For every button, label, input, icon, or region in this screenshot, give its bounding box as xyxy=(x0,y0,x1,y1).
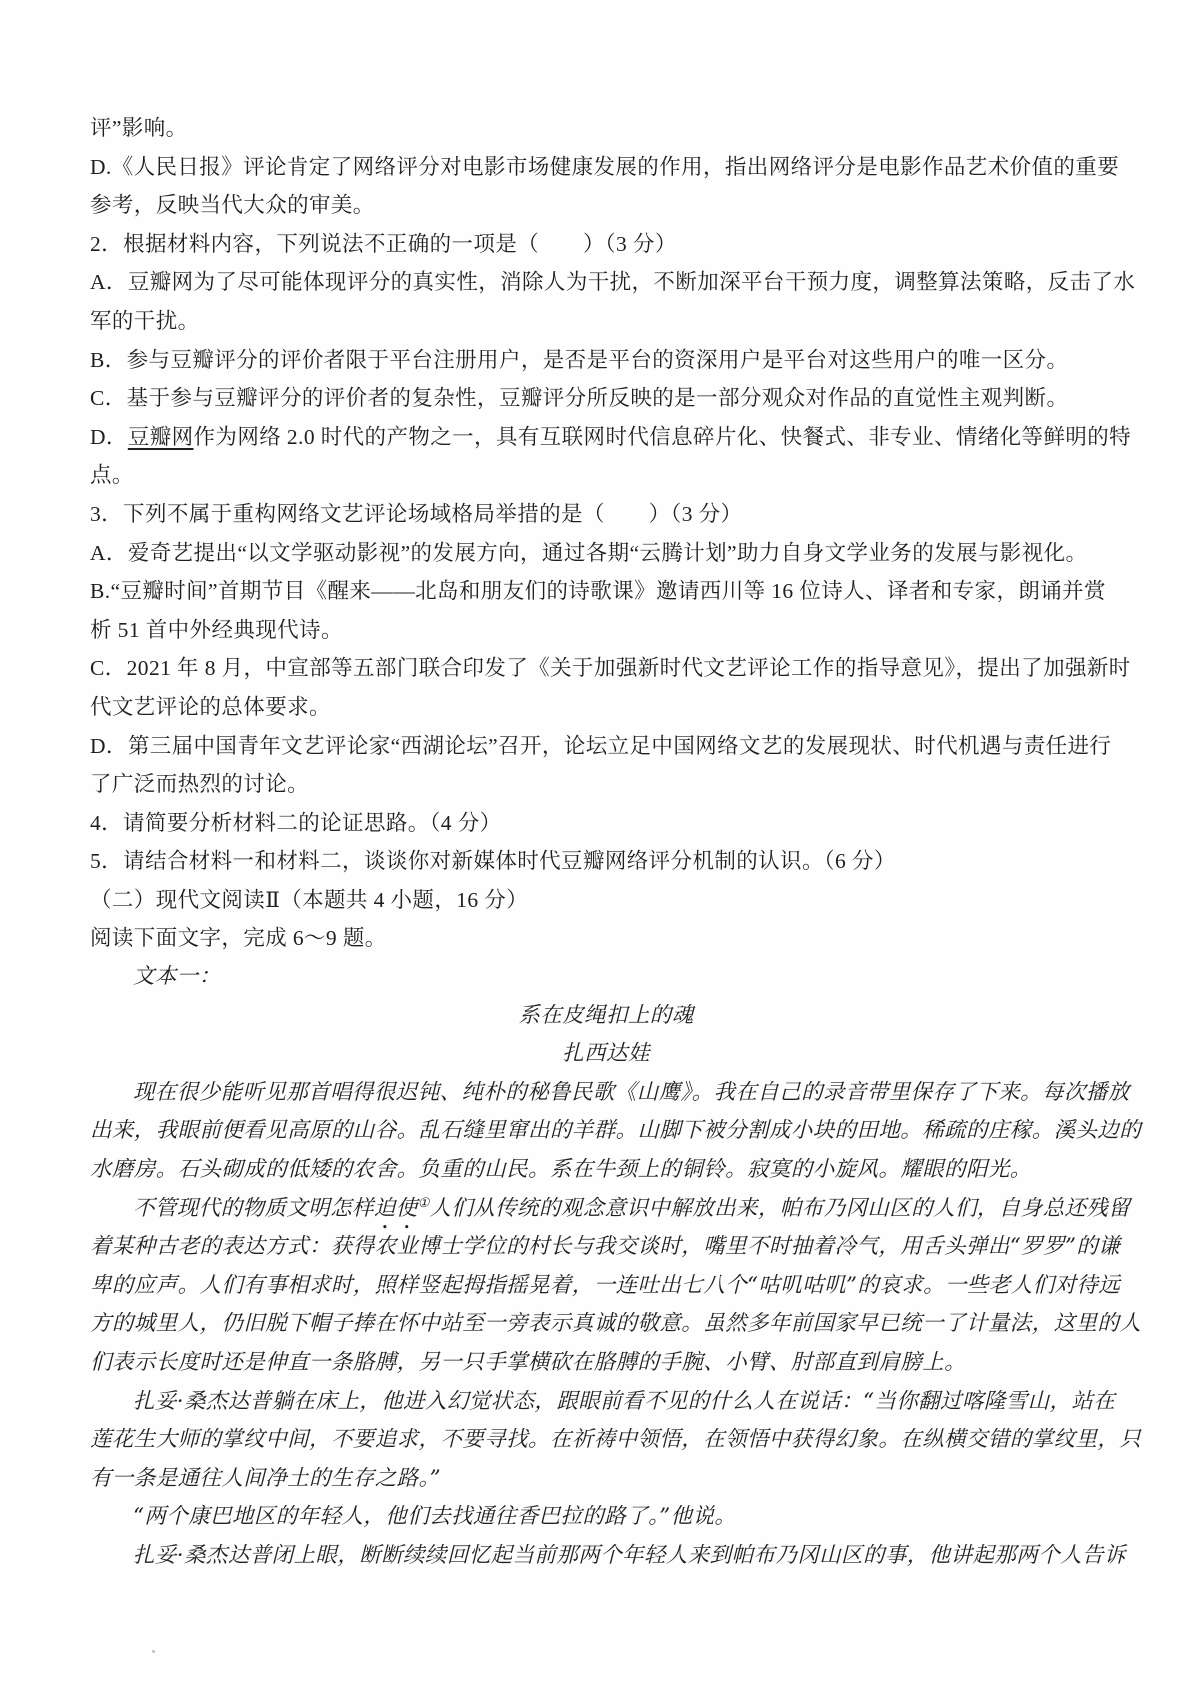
text-segment: 扎西达娃 xyxy=(562,1041,650,1066)
passage-line-6: 卑的应声。人们有事相求时，照样竖起拇指摇晃着，一连吐出七八个“咕叽咕叽”的哀求。… xyxy=(90,1267,1122,1306)
passage-title: 系在皮绳扣上的魂 xyxy=(90,997,1122,1036)
text-segment: 扎妥·桑杰达普躺在床上，他进入幻觉状态，跟眼前看不见的什么人在说话：“当你翻过喀… xyxy=(133,1389,1115,1414)
q3-option-d-line-1: D．第三届中国青年文艺评论家“西湖论坛”召开，论坛立足中国网络文艺的发展现状、时… xyxy=(90,727,1122,766)
q2-option-b: B．参与豆瓣评分的评价者限于平台注册用户，是否是平台的资深用户是平台对这些用户的… xyxy=(90,341,1122,380)
passage-line-12: “两个康巴地区的年轻人，他们去找通往香巴拉的路了。”他说。 xyxy=(90,1498,1122,1537)
passage-line-8: 们表示长度时还是伸直一条胳膊，另一只手掌横砍在胳膊的手腕、小臂、肘部直到肩膀上。 xyxy=(90,1344,1122,1383)
underlined-text: 豆瓣网 xyxy=(128,425,194,449)
scan-speck xyxy=(152,1650,155,1653)
text-segment: 评”影响。 xyxy=(90,116,188,140)
text-segment: 系在皮绳扣上的魂 xyxy=(518,1003,693,1028)
text-one-label: 文本一： xyxy=(90,958,1122,997)
q3-option-b-line-2: 析 51 首中外经典现代诗。 xyxy=(90,611,1122,650)
text-segment: （二）现代文阅读Ⅱ（本题共 4 小题，16 分） xyxy=(90,888,528,912)
text-segment: 代文艺评论的总体要求。 xyxy=(90,695,331,719)
q3-option-b-line-1: B.“豆瓣时间”首期节目《醒来——北岛和朋友们的诗歌课》邀请西川等 16 位诗人… xyxy=(90,572,1122,611)
passage-line-3: 水磨房。石头砌成的低矮的农舍。负重的山民。系在牛颈上的铜铃。寂寞的小旋风。耀眼的… xyxy=(90,1151,1122,1190)
reading-instruction: 阅读下面文字，完成 6～9 题。 xyxy=(90,919,1122,958)
text-segment: 现在很少能听见那首唱得很迟钝、纯朴的秘鲁民歌《山鹰》。我在自己的录音带里保存了下… xyxy=(133,1080,1130,1105)
q3-option-a: A．爱奇艺提出“以文学驱动影视”的发展方向，通过各期“云腾计划”助力自身文学业务… xyxy=(90,534,1122,573)
text-segment: C．基于参与豆瓣评分的评价者的复杂性，豆瓣评分所反映的是一部分观众对作品的直觉性… xyxy=(90,386,1068,410)
text-segment: 阅读下面文字，完成 6～9 题。 xyxy=(90,926,387,950)
passage-author: 扎西达娃 xyxy=(90,1035,1122,1074)
passage-line-10: 莲花生大师的掌纹中间，不要追求，不要寻找。在祈祷中领悟，在领悟中获得幻象。在纵横… xyxy=(90,1421,1122,1460)
q3-stem: 3．下列不属于重构网络文艺评论场域格局举措的是（ ）（3 分） xyxy=(90,495,1122,534)
q1-option-d-line-2: 参考，反映当代大众的审美。 xyxy=(90,186,1122,225)
q2-option-d-line-2: 点。 xyxy=(90,456,1122,495)
text-segment: 水磨房。石头砌成的低矮的农舍。负重的山民。系在牛颈上的铜铃。寂寞的小旋风。耀眼的… xyxy=(90,1157,1032,1182)
q5-stem: 5．请结合材料一和材料二，谈谈你对新媒体时代豆瓣网络评分机制的认识。（6 分） xyxy=(90,842,1122,881)
text-segment: 扎妥·桑杰达普闭上眼，断断续续回忆起当前那两个年轻人来到帕布乃冈山区的事，他讲起… xyxy=(133,1543,1126,1568)
text-segment: D.《人民日报》评论肯定了网络评分对电影市场健康发展的作用，指出网络评分是电影作… xyxy=(90,155,1119,179)
passage-line-1: 现在很少能听见那首唱得很迟钝、纯朴的秘鲁民歌《山鹰》。我在自己的录音带里保存了下… xyxy=(90,1074,1122,1113)
passage-line-4: 不管现代的物质文明怎样迫使①人们从传统的观念意识中解放出来，帕布乃冈山区的人们，… xyxy=(90,1190,1122,1229)
text-segment: A．爱奇艺提出“以文学驱动影视”的发展方向，通过各期“云腾计划”助力自身文学业务… xyxy=(90,541,1087,565)
text-segment: 人们从传统的观念意识中解放出来，帕布乃冈山区的人们，自身总还残留 xyxy=(429,1196,1130,1221)
footnote-marker: ① xyxy=(418,1195,430,1210)
text-segment: 析 51 首中外经典现代诗。 xyxy=(90,618,343,642)
text-segment: D． xyxy=(90,425,128,449)
q1-option-d-line-1: D.《人民日报》评论肯定了网络评分对电影市场健康发展的作用，指出网络评分是电影作… xyxy=(90,148,1122,187)
text-segment: 2．根据材料内容，下列说法不正确的一项是（ ）（3 分） xyxy=(90,232,677,256)
text-segment: 有一条是通往人间净土的生存之路。” xyxy=(90,1466,441,1491)
text-segment: 出来，我眼前便看见高原的山谷。乱石缝里窜出的羊群。山脚下被分割成小块的田地。稀疏… xyxy=(90,1118,1141,1143)
text-segment: 们表示长度时还是伸直一条胳膊，另一只手掌横砍在胳膊的手腕、小臂、肘部直到肩膀上。 xyxy=(90,1350,966,1375)
text-segment: 点。 xyxy=(90,463,134,487)
text-segment: 不管现代的物质文明怎样 xyxy=(133,1196,374,1221)
text-segment: 了广泛而热烈的讨论。 xyxy=(90,772,309,796)
exam-content: 评”影响。D.《人民日报》评论肯定了网络评分对电影市场健康发展的作用，指出网络评… xyxy=(90,109,1122,1576)
text-segment: B．参与豆瓣评分的评价者限于平台注册用户，是否是平台的资深用户是平台对这些用户的… xyxy=(90,348,1068,372)
text-segment: 4．请简要分析材料二的论证思路。（4 分） xyxy=(90,811,502,835)
text-segment: 5．请结合材料一和材料二，谈谈你对新媒体时代豆瓣网络评分机制的认识。（6 分） xyxy=(90,849,896,873)
q3-option-c-line-2: 代文艺评论的总体要求。 xyxy=(90,688,1122,727)
passage-line-13: 扎妥·桑杰达普闭上眼，断断续续回忆起当前那两个年轻人来到帕布乃冈山区的事，他讲起… xyxy=(90,1537,1122,1576)
text-segment: 卑的应声。人们有事相求时，照样竖起拇指摇晃着，一连吐出七八个“咕叽咕叽”的哀求。… xyxy=(90,1273,1120,1298)
text-segment: C．2021 年 8 月，中宣部等五部门联合印发了《关于加强新时代文艺评论工作的… xyxy=(90,656,1131,680)
text-segment: B.“豆瓣时间”首期节目《醒来——北岛和朋友们的诗歌课》邀请西川等 16 位诗人… xyxy=(90,579,1106,603)
text-segment: 作为网络 2.0 时代的产物之一，具有互联网时代信息碎片化、快餐式、非专业、情绪… xyxy=(194,425,1132,449)
q4-stem: 4．请简要分析材料二的论证思路。（4 分） xyxy=(90,804,1122,843)
q2-option-c: C．基于参与豆瓣评分的评价者的复杂性，豆瓣评分所反映的是一部分观众对作品的直觉性… xyxy=(90,379,1122,418)
text-segment: 军的干扰。 xyxy=(90,309,200,333)
q3-option-d-line-2: 了广泛而热烈的讨论。 xyxy=(90,765,1122,804)
text-segment: “两个康巴地区的年轻人，他们去找通往香巴拉的路了。”他说。 xyxy=(133,1504,736,1529)
passage-line-5: 着某种古老的表达方式：获得农业博士学位的村长与我交谈时，嘴里不时抽着冷气，用舌头… xyxy=(90,1228,1122,1267)
q2-option-a-line-2: 军的干扰。 xyxy=(90,302,1122,341)
q2-option-a-line-1: A．豆瓣网为了尽可能体现评分的真实性，消除人为干扰，不断加深平台干预力度，调整算… xyxy=(90,263,1122,302)
text-segment: A．豆瓣网为了尽可能体现评分的真实性，消除人为干扰，不断加深平台干预力度，调整算… xyxy=(90,270,1135,294)
emphasized-text: 迫使 xyxy=(374,1196,418,1221)
q2-stem: 2．根据材料内容，下列说法不正确的一项是（ ）（3 分） xyxy=(90,225,1122,264)
text-segment: 方的城里人，仍旧脱下帽子捧在怀中站至一旁表示真诚的敬意。虽然多年前国家早已统一了… xyxy=(90,1311,1141,1336)
section-2-heading: （二）现代文阅读Ⅱ（本题共 4 小题，16 分） xyxy=(90,881,1122,920)
passage-line-11: 有一条是通往人间净土的生存之路。” xyxy=(90,1460,1122,1499)
q3-option-c-line-1: C．2021 年 8 月，中宣部等五部门联合印发了《关于加强新时代文艺评论工作的… xyxy=(90,649,1122,688)
text-segment: 3．下列不属于重构网络文艺评论场域格局举措的是（ ）（3 分） xyxy=(90,502,742,526)
passage-line-7: 方的城里人，仍旧脱下帽子捧在怀中站至一旁表示真诚的敬意。虽然多年前国家早已统一了… xyxy=(90,1305,1122,1344)
text-segment: D．第三届中国青年文艺评论家“西湖论坛”召开，论坛立足中国网络文艺的发展现状、时… xyxy=(90,734,1111,758)
passage-line-2: 出来，我眼前便看见高原的山谷。乱石缝里窜出的羊群。山脚下被分割成小块的田地。稀疏… xyxy=(90,1112,1122,1151)
passage-line-9: 扎妥·桑杰达普躺在床上，他进入幻觉状态，跟眼前看不见的什么人在说话：“当你翻过喀… xyxy=(90,1383,1122,1422)
q1-option-c-tail-line: 评”影响。 xyxy=(90,109,1122,148)
exam-page: 评”影响。D.《人民日报》评论肯定了网络评分对电影市场健康发展的作用，指出网络评… xyxy=(0,0,1200,1698)
text-segment: 文本一： xyxy=(133,964,221,989)
text-segment: 莲花生大师的掌纹中间，不要追求，不要寻找。在祈祷中领悟，在领悟中获得幻象。在纵横… xyxy=(90,1427,1141,1452)
text-segment: 参考，反映当代大众的审美。 xyxy=(90,193,375,217)
q2-option-d-line-1: D．豆瓣网作为网络 2.0 时代的产物之一，具有互联网时代信息碎片化、快餐式、非… xyxy=(90,418,1122,457)
text-segment: 着某种古老的表达方式：获得农业博士学位的村长与我交谈时，嘴里不时抽着冷气，用舌头… xyxy=(90,1234,1120,1259)
